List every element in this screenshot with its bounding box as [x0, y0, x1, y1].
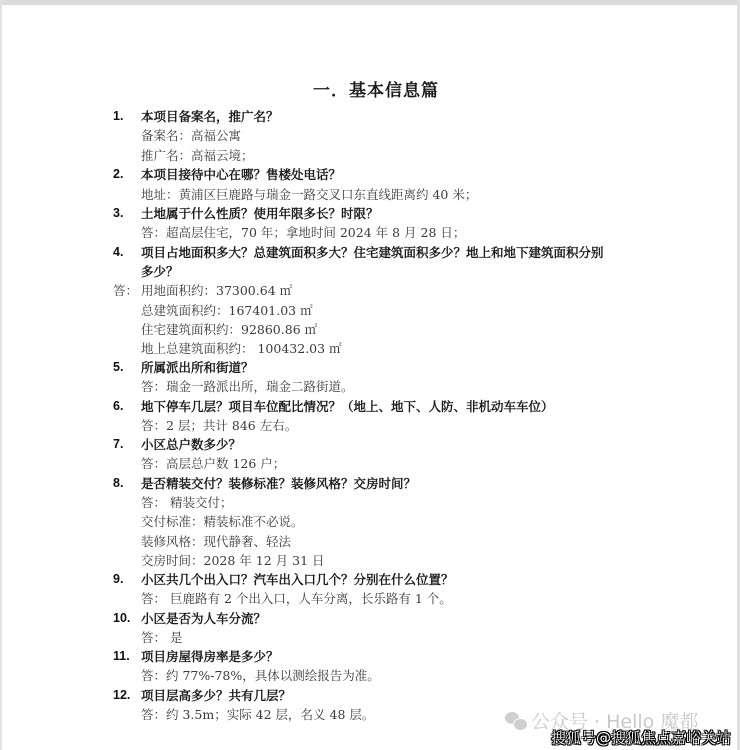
item-number: 6.	[113, 399, 123, 413]
item-number: 9.	[113, 572, 123, 586]
answer-text: 备案名：高福公寓	[141, 128, 241, 144]
answer-text: 答：高层总户数 126 户；	[141, 456, 285, 472]
question-text: 本项目备案名，推广名？	[141, 109, 279, 125]
item-number: 3.	[113, 206, 123, 220]
answer-text: 答：2 层；共计 846 左右。	[141, 418, 297, 434]
item-number: 2.	[113, 167, 123, 181]
question-text: 所属派出所和街道？	[141, 360, 254, 376]
question-text: 本项目接待中心在哪？售楼处电话？	[141, 167, 341, 183]
item-number: 4.	[113, 245, 123, 259]
answer-text: 推广名：高福云境；	[141, 148, 254, 164]
item-number: 11.	[113, 649, 130, 663]
item-number: 5.	[113, 360, 123, 374]
answer-prefix: 答：	[113, 283, 138, 299]
question-text: 小区共几个出入口？汽车出入口几个？分别在什么位置？	[141, 572, 454, 588]
question-text: 项目房屋得房率是多少？	[141, 649, 279, 665]
answer-text: 答：瑞金一路派出所，瑞金二路街道。	[141, 379, 354, 395]
answer-text: 交付标准：精装标准不必说。	[141, 514, 304, 530]
item-number: 1.	[113, 109, 123, 123]
question-text: 项目占地面积多大？总建筑面积多大？住宅建筑面积多少？地上和地下建筑面积分别	[141, 245, 604, 261]
answer-text: 交房时间：2028 年 12 月 31 日	[141, 553, 325, 569]
answer-text: 用地面积约：37300.64 ㎡	[141, 283, 292, 299]
question-text: 土地属于什么性质？使用年限多长？时限？	[141, 206, 379, 222]
question-text: 小区是否为人车分流？	[141, 611, 266, 627]
question-text: 是否精装交付？装修标准？装修风格？交房时间？	[141, 476, 416, 492]
item-number: 12.	[113, 688, 130, 702]
answer-text: 地址：黄浦区巨鹿路与瑞金一路交叉口东直线距离约 40 米；	[141, 187, 477, 203]
item-number: 7.	[113, 437, 123, 451]
item-number: 10.	[113, 611, 130, 625]
item-number: 8.	[113, 476, 123, 490]
answer-text: 总建筑面积约：167401.03 ㎡	[141, 303, 313, 319]
answer-text: 答： 精装交付；	[141, 495, 232, 511]
wechat-icon	[505, 712, 527, 730]
answer-text: 答： 巨鹿路有 2 个出入口，人车分离，长乐路有 1 个。	[141, 591, 452, 607]
answer-text: 装修风格：现代静奢、轻法	[141, 534, 291, 550]
answer-text: 答：约 77%-78%，具体以测绘报告为准。	[141, 668, 380, 684]
answer-text: 答：约 3.5m；实际 42 层，名义 48 层。	[141, 707, 374, 723]
answer-text: 住宅建筑面积约：92860.86 ㎡	[141, 322, 317, 338]
source-tag: 搜狐号@搜狐焦点嘉峪关站	[551, 727, 731, 748]
question-text: 项目层高多少？共有几层？	[141, 688, 291, 704]
question-text: 小区总户数多少？	[141, 437, 241, 453]
question-text-continued: 多少？	[141, 264, 179, 280]
answer-text: 答： 是	[141, 630, 182, 646]
question-text: 地下停车几层？项目车位配比情况？（地上、地下、人防、非机动车车位）	[141, 399, 554, 415]
document-title: 一．基本信息篇	[0, 76, 740, 101]
answer-text: 答：超高层住宅，70 年；拿地时间 2024 年 8 月 28 日；	[141, 225, 465, 241]
answer-text: 地上总建筑面积约： 100432.03 ㎡	[141, 341, 342, 357]
